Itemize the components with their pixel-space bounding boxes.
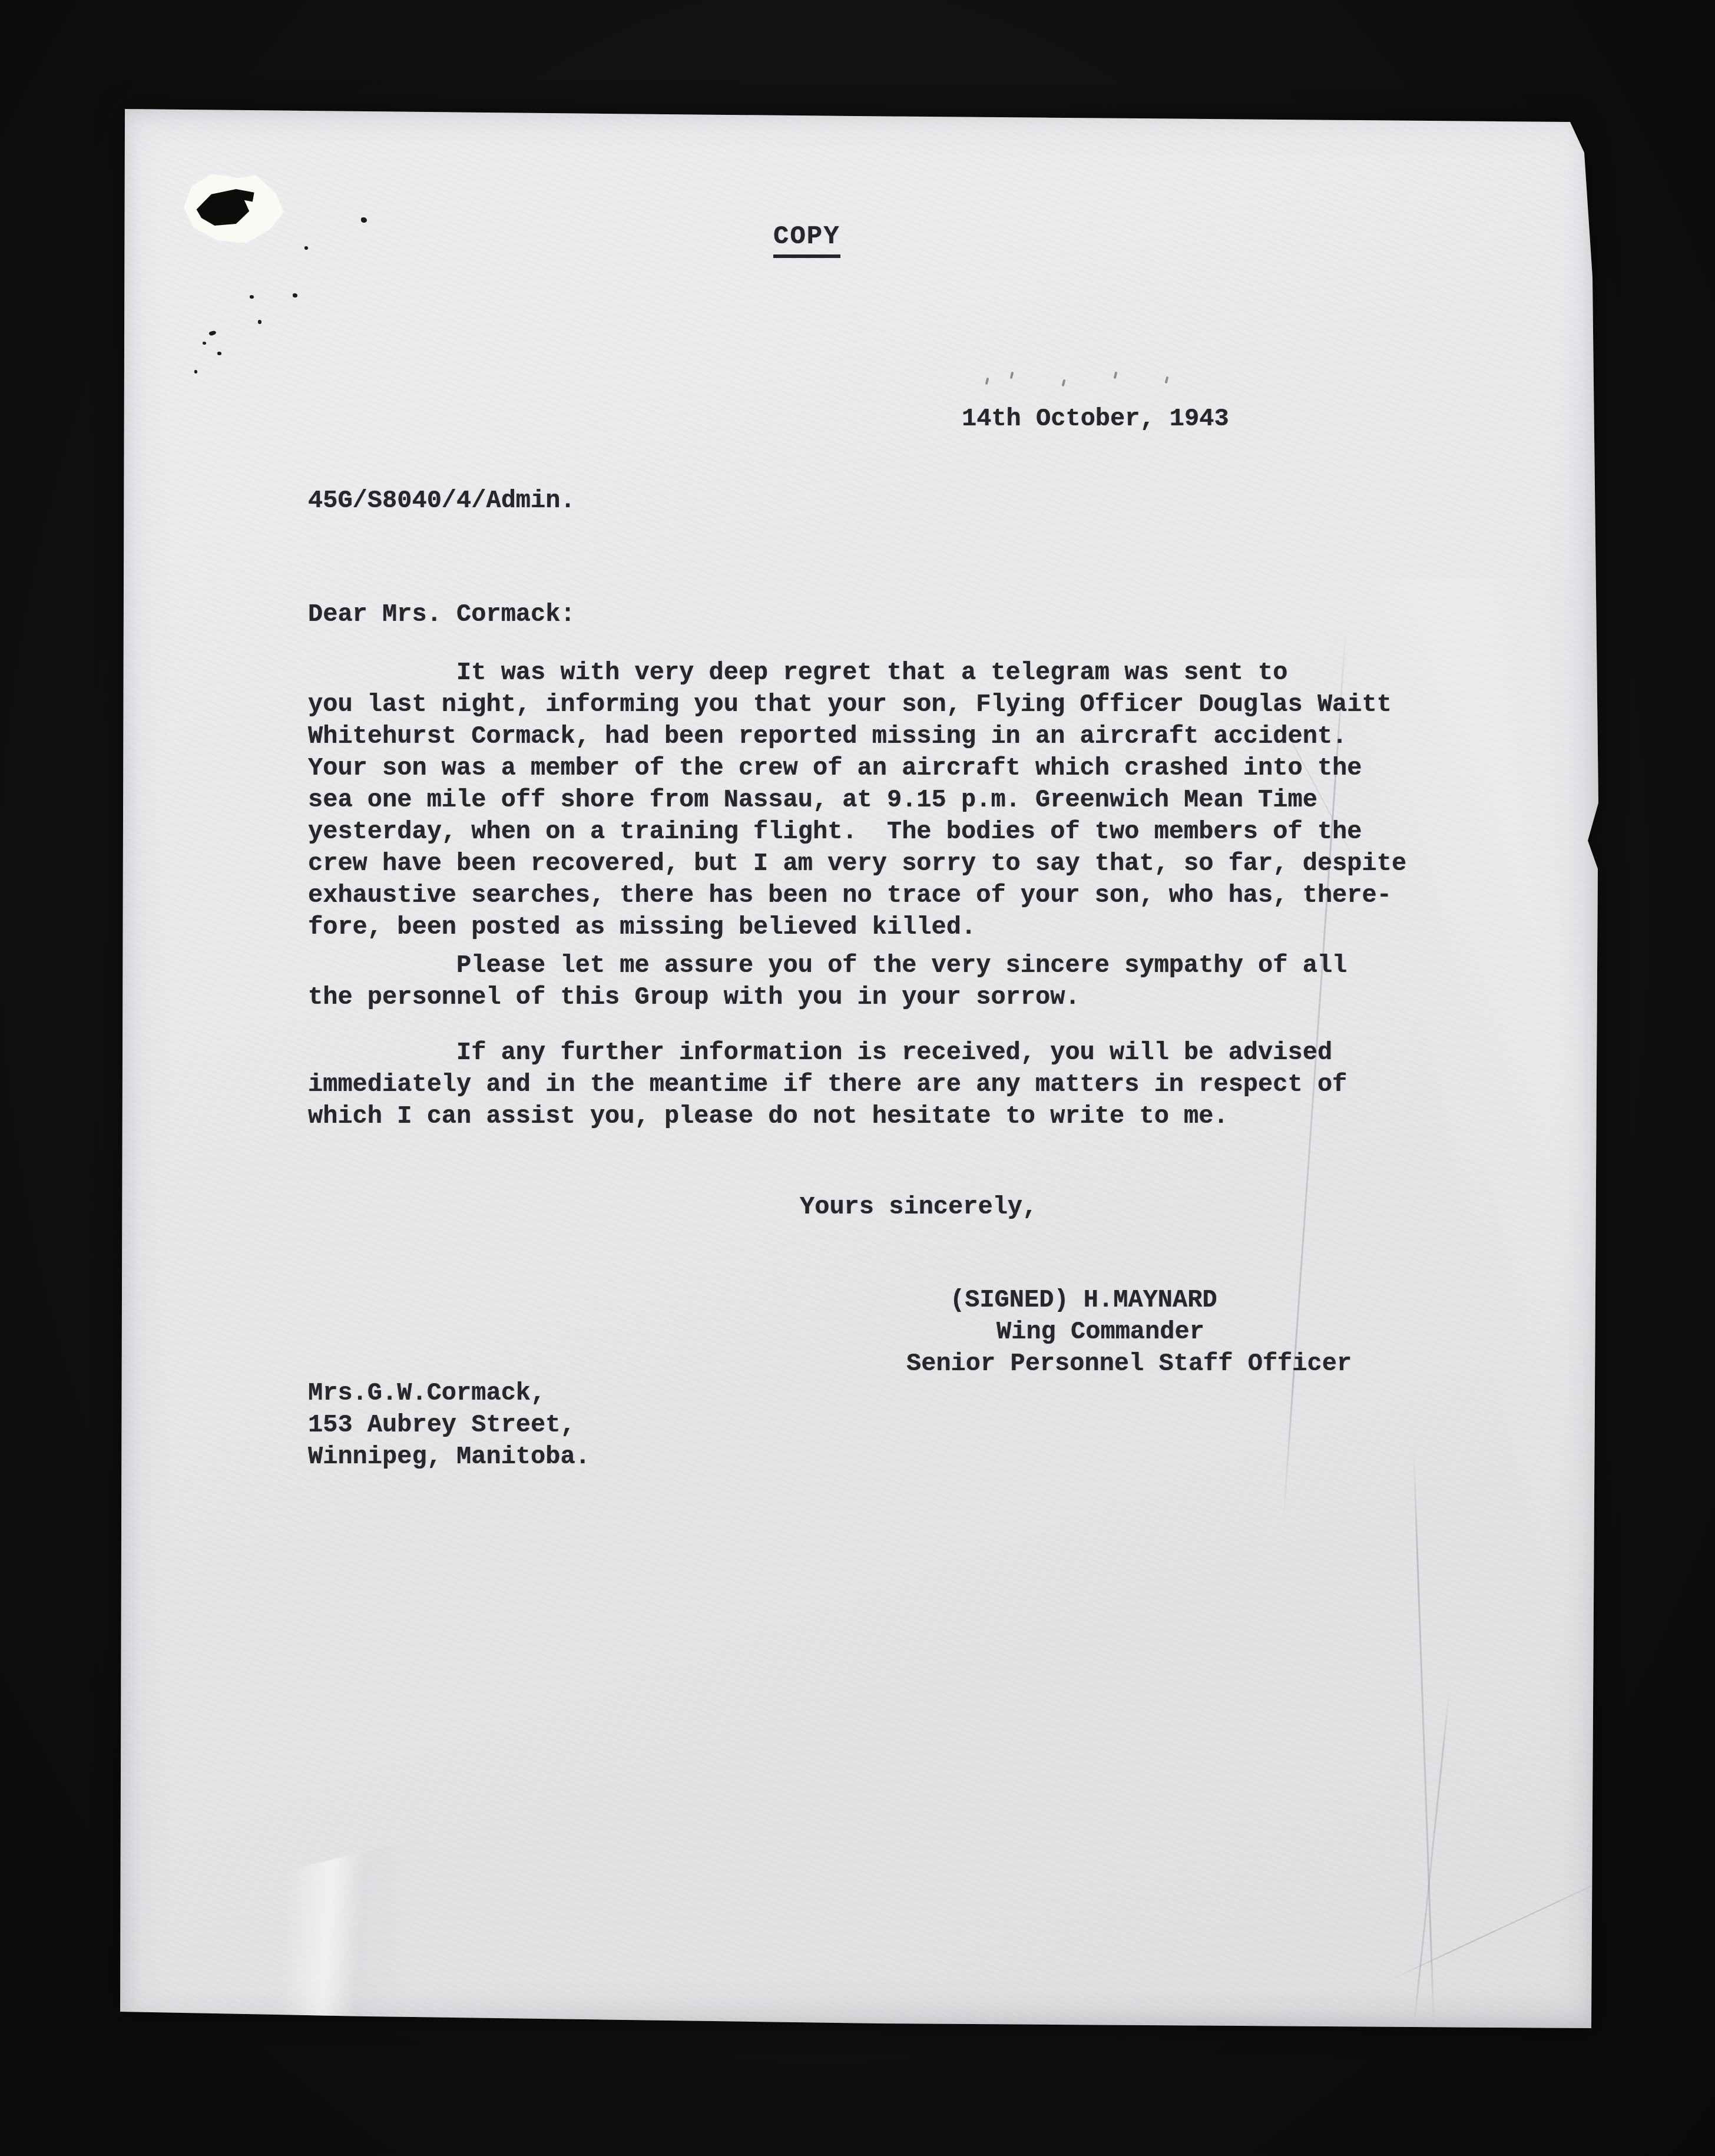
signature-title: Senior Personnel Staff Officer: [906, 1348, 1352, 1380]
photo-mount-background: { "letter": { "heading": "COPY", "date":…: [0, 0, 1715, 2156]
salutation: Dear Mrs. Cormack:: [308, 598, 575, 630]
recipient-address: Mrs.G.W.Cormack, 153 Aubrey Street, Winn…: [308, 1377, 590, 1473]
ink-tick-mark: [1062, 379, 1066, 387]
ink-speck: [250, 295, 254, 299]
signature-signed-line: (SIGNED) H.MAYNARD: [950, 1284, 1217, 1316]
ink-tick-mark: [1165, 376, 1169, 384]
ink-tick-mark: [985, 378, 989, 385]
bottom-left-fold-crease: [59, 1808, 592, 2095]
signature-rank: Wing Commander: [996, 1316, 1204, 1348]
ink-tick-mark: [1010, 372, 1014, 379]
ink-speck: [208, 330, 217, 336]
letter-paper: COPY 14th October, 1943 45G/S8040/4/Admi…: [120, 108, 1600, 2029]
ink-speck: [194, 370, 197, 373]
body-paragraph-3: If any further information is received, …: [308, 1037, 1347, 1132]
ink-speck: [217, 352, 221, 355]
ink-speck: [304, 246, 308, 250]
body-paragraph-1: It was with very deep regret that a tele…: [308, 657, 1406, 943]
body-paragraph-2: Please let me assure you of the very sin…: [308, 950, 1347, 1013]
ink-speck: [361, 217, 367, 223]
reference-number: 45G/S8040/4/Admin.: [308, 485, 575, 517]
letter-sheet-wrapper: COPY 14th October, 1943 45G/S8040/4/Admi…: [120, 108, 1600, 2029]
ink-speck: [293, 293, 297, 297]
date-line: 14th October, 1943: [962, 403, 1229, 435]
ink-speck: [258, 320, 261, 324]
closing-line: Yours sincerely,: [800, 1191, 1037, 1223]
ink-speck: [203, 342, 206, 345]
copy-heading: COPY: [773, 221, 840, 258]
ink-tick-mark: [1114, 372, 1118, 379]
